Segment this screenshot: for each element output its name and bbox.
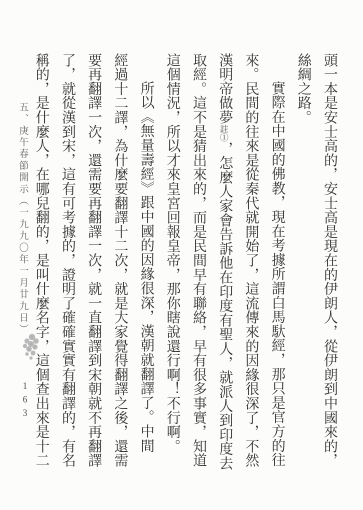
- text-segment: 漢明帝做夢: [217, 53, 232, 125]
- footnote-marker: 註①: [219, 125, 229, 142]
- text-column-1: 頭一本是安士高的，安士高是現在的伊朗人，從伊朗到中國來的，: [316, 53, 342, 469]
- flower-stamp-icon: [19, 332, 45, 364]
- book-page: 頭一本是安士高的，安士高是現在的伊朗人，從伊朗到中國來的， 絲綢之路。 實際在中…: [0, 0, 363, 510]
- page-body-text: 頭一本是安士高的，安士高是現在的伊朗人，從伊朗到中國來的， 絲綢之路。 實際在中…: [28, 53, 342, 471]
- text-segment: ，怎麼人家會告訴他在印度有聖人，就派人到印度去: [217, 142, 232, 471]
- page-number: 163: [20, 381, 30, 422]
- text-column-10: 要再翻譯一次，還需要再翻譯一次，就一直翻譯到宋朝就不再翻譯: [80, 53, 106, 469]
- text-column-5: 漢明帝做夢註①，怎麼人家會告訴他在印度有聖人，就派人到印度去: [211, 53, 237, 469]
- text-column-4: 來。民間的往來是從秦代就開始了，這流傳來的因緣很深了，不然: [237, 53, 263, 469]
- text-column-8: 所以《無量壽經》跟中國的因緣很深，漢朝就翻譯了。中間: [132, 53, 158, 469]
- margin-section-title: 五、庚午春節開示（一九九〇年一月廿九日）: [15, 102, 29, 332]
- text-column-12: 稱的，是什麼人，在哪兒翻的，是叫什麼名字，這個查出來是十二: [28, 53, 54, 469]
- text-column-6: 取經。這不是猜出來的，而是民間早有聯絡，早有很多事實，知道: [185, 53, 211, 469]
- text-column-3: 實際在中國的佛教，現在考據所謂白馬馱經，那只是官方的往: [263, 53, 289, 469]
- text-column-7: 這個情況，所以才來皇宮回報皇帝，那你瞎說還行啊！不行啊。: [159, 53, 185, 469]
- text-column-9: 經過十二譯，為什麼要翻譯十二次，就是大家覺得翻譯之後，還需: [106, 53, 132, 469]
- text-column-11: 了，就從漢到宋，這有可考據的，證明了確確實實有翻譯的，有名: [54, 53, 80, 469]
- text-column-2: 絲綢之路。: [290, 53, 316, 469]
